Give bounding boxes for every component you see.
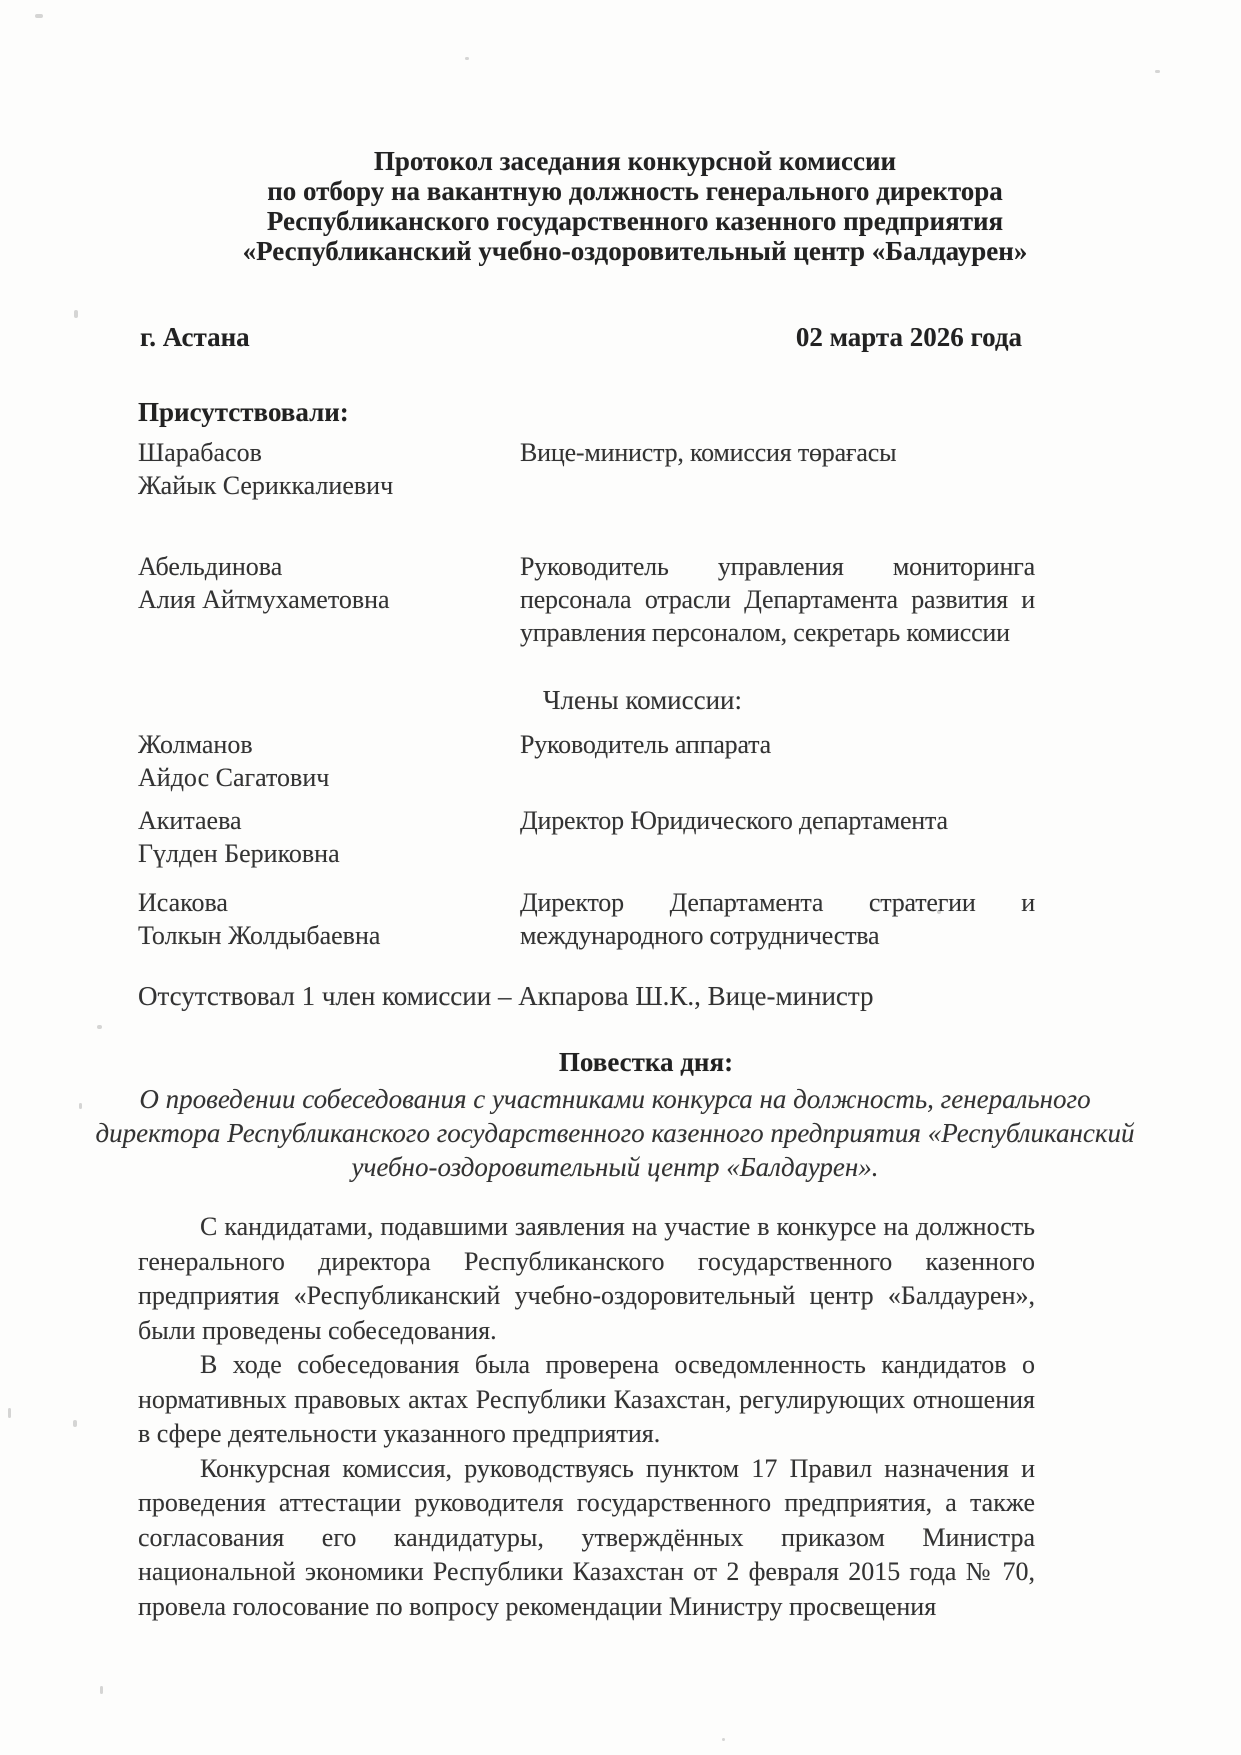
member-row: Акитаева Гүлден Бериковна Директор Юриди…	[138, 804, 1035, 870]
attendee-surname: Шарабасов	[138, 436, 520, 469]
document-title-line-1: Протокол заседания конкурсной комиссии	[195, 146, 1075, 176]
scan-speck	[465, 57, 469, 60]
attendee-surname: Абельдинова	[138, 550, 520, 583]
member-role: Руководитель аппарата	[520, 728, 1035, 794]
member-name: Исакова Толкын Жолдыбаевна	[138, 886, 520, 952]
body-paragraph: С кандидатами, подавшими заявления на уч…	[138, 1210, 1035, 1348]
member-name: Акитаева Гүлден Бериковна	[138, 804, 520, 870]
member-name: Жолманов Айдос Сагатович	[138, 728, 520, 794]
scan-speck	[1155, 70, 1160, 73]
absent-note: Отсутствовал 1 член комиссии – Акпарова …	[138, 980, 1035, 1013]
member-row: Исакова Толкын Жолдыбаевна Директор Депа…	[138, 886, 1035, 952]
attendee-given-names: Алия Айтмухаметовна	[138, 583, 520, 616]
attendee-given-names: Жайык Сериккалиевич	[138, 469, 520, 502]
member-role: Директор Департамента стратегии и междун…	[520, 886, 1035, 952]
members-heading: Члены комиссии:	[543, 684, 742, 717]
city-date-row: г. Астана 02 марта 2026 года	[140, 320, 1022, 354]
member-surname: Исакова	[138, 886, 520, 919]
agenda-heading: Повестка дня:	[196, 1046, 1096, 1078]
scan-speck	[73, 1420, 77, 1427]
member-surname: Жолманов	[138, 728, 520, 761]
scan-speck	[8, 1408, 11, 1418]
attendee-name: Шарабасов Жайык Сериккалиевич	[138, 436, 520, 502]
place-label: г. Астана	[140, 320, 250, 354]
scan-speck	[722, 1738, 725, 1741]
scan-speck	[937, 910, 941, 914]
document-body: С кандидатами, подавшими заявления на уч…	[138, 1210, 1035, 1624]
document-title-line-2: по отбору на вакантную должность генерал…	[195, 176, 1075, 206]
document-title: Протокол заседания конкурсной комиссии п…	[195, 146, 1075, 266]
member-surname: Акитаева	[138, 804, 520, 837]
scan-speck	[79, 1103, 82, 1109]
document-title-line-3: Республиканского государственного казенн…	[195, 206, 1075, 236]
attendee-name: Абельдинова Алия Айтмухаметовна	[138, 550, 520, 649]
scan-speck	[74, 310, 78, 318]
attendee-role: Руководитель управления мониторинга перс…	[520, 550, 1035, 649]
body-paragraph: В ходе собеседования была проверена осве…	[138, 1348, 1035, 1452]
document-page: Протокол заседания конкурсной комиссии п…	[0, 0, 1241, 1755]
member-row: Жолманов Айдос Сагатович Руководитель ап…	[138, 728, 1035, 794]
scan-speck	[97, 1025, 102, 1029]
attendee-role: Вице-министр, комиссия төрағасы	[520, 436, 1035, 502]
date-label: 02 марта 2026 года	[796, 320, 1022, 354]
body-paragraph: Конкурсная комиссия, руководствуясь пунк…	[138, 1452, 1035, 1625]
member-given-names: Айдос Сагатович	[138, 761, 520, 794]
member-given-names: Толкын Жолдыбаевна	[138, 919, 520, 952]
attendees-heading: Присутствовали:	[138, 396, 349, 429]
member-given-names: Гүлден Бериковна	[138, 837, 520, 870]
scan-speck	[100, 1686, 103, 1694]
scan-speck	[35, 14, 43, 18]
member-role: Директор Юридического департамента	[520, 804, 1035, 870]
attendee-row: Шарабасов Жайык Сериккалиевич Вице-минис…	[138, 436, 1035, 502]
attendee-row: Абельдинова Алия Айтмухаметовна Руководи…	[138, 550, 1035, 649]
agenda-text: О проведении собеседования с участниками…	[95, 1082, 1135, 1184]
document-title-line-4: «Республиканский учебно-оздоровительный …	[195, 236, 1075, 266]
